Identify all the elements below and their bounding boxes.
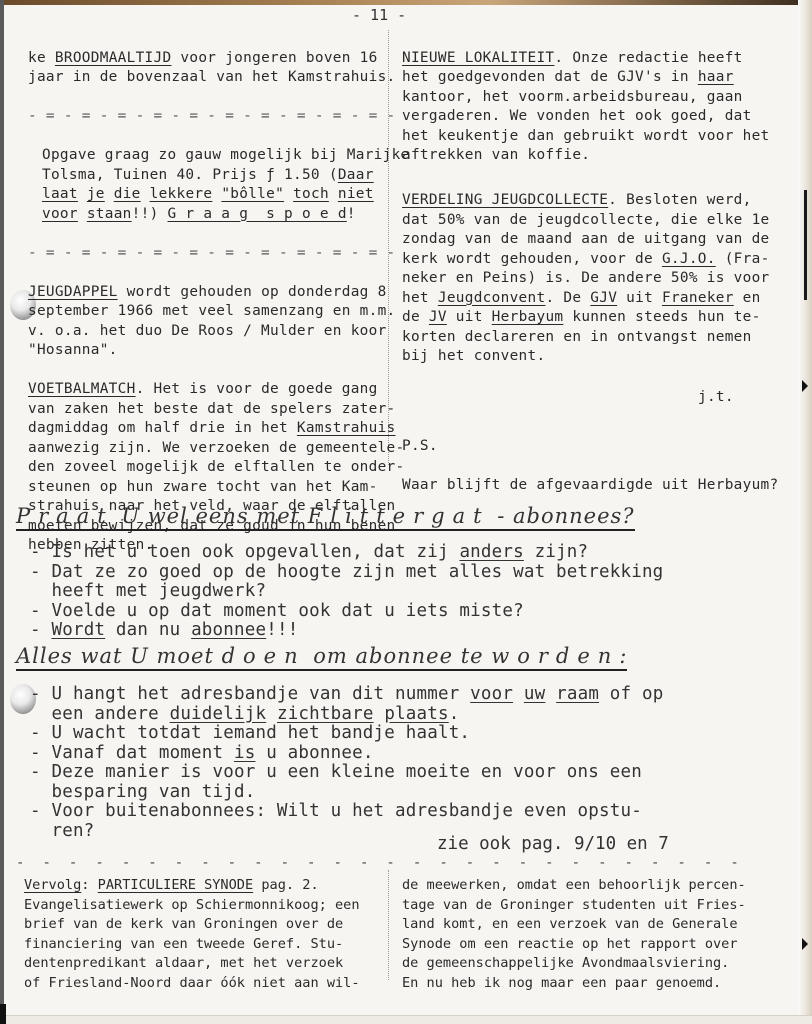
text: Praat [16, 504, 114, 528]
text: steunen op hun zware tocht van het Kam- [28, 479, 378, 495]
graag-spoed: G r a a g s p o e d [168, 206, 347, 222]
broodmaaltijd-heading: BROODMAALTIJD [55, 50, 172, 66]
text: : [619, 644, 627, 668]
scan-arrow-mark [802, 938, 808, 950]
text: "Hosanna". [28, 342, 118, 358]
text: U wel eens met [114, 504, 308, 528]
underlined-word: Jeugdconvent [438, 290, 546, 306]
text: september 1966 met veel samenzang en m.m… [28, 303, 396, 319]
text [266, 704, 277, 724]
dash-separator: - = - = - = - = - = - = - = - = - = - = … [28, 244, 410, 264]
scan-arrow-mark [802, 380, 808, 392]
text: uit [617, 290, 662, 306]
text: uit [447, 309, 492, 325]
right-column: NIEUWE LOKALITEIT. Onze redactie heeft h… [402, 29, 778, 515]
text: voor jongeren boven 16 [171, 50, 377, 66]
text: - abonnees? [490, 504, 635, 528]
flittergat-list: - Is het u toen ook opgevallen, dat zij … [30, 543, 663, 641]
flittergat-heading: Praat U wel eens met Flittergat - abonne… [16, 504, 635, 531]
underlined-word: Herbayum [492, 309, 564, 325]
text: doen [222, 644, 306, 668]
text: jaar in de bovenzaal van het Kamstrahuis… [28, 69, 396, 85]
underlined-word: uw [524, 684, 545, 704]
lokaliteit-paragraph: NIEUWE LOKALITEIT. Onze redactie heeft h… [402, 49, 778, 166]
text-line: Synode om een reactie op het rapport ove… [402, 935, 746, 955]
text: neker en Peins) is. De andere 50% is voo… [402, 270, 770, 286]
synode-heading-line: Vervolg: PARTICULIERE SYNODE pag. 2. [24, 876, 360, 896]
list-item: - Wordt dan nu abonnee!!! [30, 621, 663, 641]
column-divider [388, 870, 389, 980]
underlined-word: toch [293, 186, 329, 202]
text: - U hangt het adresbandje van dit nummer [30, 684, 470, 704]
text: het keukentje dan gebruikt wordt voor he… [402, 128, 770, 144]
list-item: - U hangt het adresbandje van dit nummer… [30, 685, 663, 705]
text: het [402, 290, 438, 306]
text: !!! [266, 620, 298, 640]
text: de [402, 309, 429, 325]
text: - Vanaf dat moment [30, 743, 234, 763]
text: . Besloten werd, [608, 192, 751, 208]
underlined-word: is [234, 743, 255, 763]
page-number: - 11 - [352, 6, 406, 24]
abonnee-list: - U hangt het adresbandje van dit nummer… [30, 685, 663, 841]
text: aanwezig zijn. We verzoeken de gemeentel… [28, 440, 404, 456]
text-line: brief van de kerk van Groningen over de [24, 915, 360, 935]
jeugdappel-heading: JEUGDAPPEL [28, 284, 118, 300]
list-item: - Deze manier is voor u een kleine moeit… [30, 763, 663, 802]
text-line: de meewerken, omdat een behoorlijk perce… [402, 876, 746, 896]
text: van zaken het beste dat de spelers zater… [28, 401, 396, 417]
scan-corner [0, 1004, 6, 1024]
text: den zoveel mogelijk de elftallen te onde… [28, 459, 404, 475]
text: worden [491, 644, 619, 668]
underlined-word: G.J.O. [662, 251, 716, 267]
text: . Onze redactie heeft [554, 50, 742, 66]
underlined-word: staan [87, 206, 132, 222]
text: dan nu [105, 620, 191, 640]
text: kerk wordt gehouden, voor de [402, 251, 662, 267]
text: Tolsma, Tuinen 40. Prijs ƒ 1.50 ( [42, 167, 338, 183]
list-item: - Voelde u op dat moment ook dat u iets … [30, 602, 663, 622]
synode-heading: PARTICULIERE SYNODE [98, 877, 254, 893]
underlined-word: die [114, 186, 141, 202]
text: bij het convent. [402, 348, 545, 364]
text: wordt gehouden op donderdag 8 [118, 284, 387, 300]
ps-label: P.S. [402, 437, 778, 457]
underlined-word: Kamstrahuis [297, 420, 396, 436]
voetbalmatch-heading: VOETBALMATCH [28, 381, 136, 397]
text: een andere [30, 704, 170, 724]
text-line: dentenpredikant aldaar, met het verzoek [24, 954, 360, 974]
broodmaaltijd-paragraph: ke BROODMAALTIJD voor jongeren boven 16 … [28, 49, 410, 88]
underlined-word: Wordt [51, 620, 105, 640]
scan-mark [804, 190, 807, 300]
list-item-continued: een andere duidelijk zichtbare plaats. [30, 705, 663, 725]
text: pag. 2. [253, 877, 318, 893]
text [513, 684, 524, 704]
page-bottom-edge [0, 1015, 812, 1024]
text-line: land komt, en een verzoek van de General… [402, 915, 746, 935]
text-line: of Friesland-Noord daar óók niet aan wil… [24, 974, 360, 994]
see-also-reference: zie ook pag. 9/10 en 7 [437, 834, 669, 854]
text: vergaderen. We vonden het ook goed, dat [402, 108, 752, 124]
page-top-edge [0, 0, 812, 5]
text: om abonnee te [306, 644, 492, 668]
underlined-word: Daar [338, 167, 374, 183]
text: !!) [132, 206, 168, 222]
underlined-word: abonnee [191, 620, 266, 640]
list-item: - Dat ze zo goed op de hoogte zijn met a… [30, 563, 663, 602]
underlined-word: niet [338, 186, 374, 202]
text: Opgave graag zo gauw mogelijk bij Marijk… [42, 147, 410, 163]
underlined-word: je [87, 186, 105, 202]
text-line: En nu heb ik nog maar een paar genoemd. [402, 974, 746, 994]
page-left-edge [0, 0, 4, 1024]
underlined-word: laat [42, 186, 78, 202]
text: v. o.a. het duo De Roos / Mulder en koor [28, 323, 387, 339]
underlined-word: plaats [384, 704, 448, 724]
opgave-paragraph: Opgave graag zo gauw mogelijk bij Marijk… [28, 146, 410, 224]
underlined-word: lekkere [150, 186, 213, 202]
synode-right-column: de meewerken, omdat een behoorlijk perce… [402, 876, 746, 993]
text: dat 50% van de jeugdcollecte, die elke 1… [402, 212, 770, 228]
underlined-word: Franeker [662, 290, 734, 306]
text: - [30, 620, 51, 640]
underlined-word: raam [556, 684, 599, 704]
left-column: ke BROODMAALTIJD voor jongeren boven 16 … [28, 29, 410, 575]
text: u abonnee. [255, 743, 373, 763]
text: Flittergat [308, 504, 490, 528]
text: Alles wat U moet [16, 644, 222, 668]
underlined-word: voor [42, 206, 78, 222]
text: ke [28, 50, 55, 66]
text: zondag van de maand aan de uitgang van d… [402, 231, 770, 247]
text: zijn? [524, 542, 588, 562]
underlined-word: "bôlle" [221, 186, 284, 202]
list-item: - Vanaf dat moment is u abonnee. [30, 744, 663, 764]
ps-text: Waar blijft de afgevaardigde uit Herbayu… [402, 476, 778, 496]
underlined-word: zichtbare [277, 704, 374, 724]
text-line: de gemeenschappelijke Avondmaalsviering. [402, 954, 746, 974]
text: dagmiddag om half drie in het [28, 420, 297, 436]
text: korten declareren en in ontvangst nemen [402, 329, 752, 345]
text: . Het is voor de goede gang [136, 381, 378, 397]
verdeling-paragraph: VERDELING JEUGDCOLLECTE. Besloten werd, … [402, 191, 778, 367]
text: : [81, 877, 97, 893]
text: . De [545, 290, 590, 306]
text-line: Evangelisatiewerk op Schiermonnikoog; ee… [24, 896, 360, 916]
text: aftrekken van koffie. [402, 147, 590, 163]
underlined-word: duidelijk [170, 704, 267, 724]
text: kantoor, het voorm.arbeidsbureau, gaan [402, 89, 743, 105]
text: ! [347, 206, 356, 222]
underlined-word: GJV [590, 290, 617, 306]
underlined-word: haar [698, 69, 734, 85]
text-line: tage van de Groninger studenten uit Frie… [402, 896, 746, 916]
verdeling-heading: VERDELING JEUGDCOLLECTE [402, 192, 608, 208]
text: . [449, 704, 460, 724]
text-line: financiering van een tweede Geref. Stu- [24, 935, 360, 955]
list-item: - Is het u toen ook opgevallen, dat zij … [30, 543, 663, 563]
page-right-edge [798, 0, 812, 1024]
signature: j.t. [402, 388, 778, 408]
dash-separator: - = - = - = - = - = - = - = - = - = - = … [28, 107, 410, 127]
text: (Fra- [716, 251, 770, 267]
text [374, 704, 385, 724]
text: - Is het u toen ook opgevallen, dat zij [30, 542, 459, 562]
text: het goedgevonden dat de GJV's in [402, 69, 698, 85]
synode-left-column: Vervolg: PARTICULIERE SYNODE pag. 2.Evan… [24, 876, 360, 993]
text: kunnen steeds hun te- [563, 309, 760, 325]
text [545, 684, 556, 704]
lokaliteit-heading: NIEUWE LOKALITEIT [402, 50, 554, 66]
text: of op [599, 684, 663, 704]
underlined-word: JV [429, 309, 447, 325]
text: en [734, 290, 761, 306]
underlined-word: anders [459, 542, 523, 562]
underlined-word: voor [470, 684, 513, 704]
abonnee-heading: Alles wat U moet doen om abonnee te word… [16, 644, 627, 671]
horizontal-separator: - - - - - - - - - - - - - - - - - - - - … [16, 855, 756, 871]
vervolg-label: Vervolg [24, 877, 81, 893]
list-item: - U wacht totdat iemand het bandje haalt… [30, 724, 663, 744]
jeugdappel-paragraph: JEUGDAPPEL wordt gehouden op donderdag 8… [28, 283, 410, 361]
